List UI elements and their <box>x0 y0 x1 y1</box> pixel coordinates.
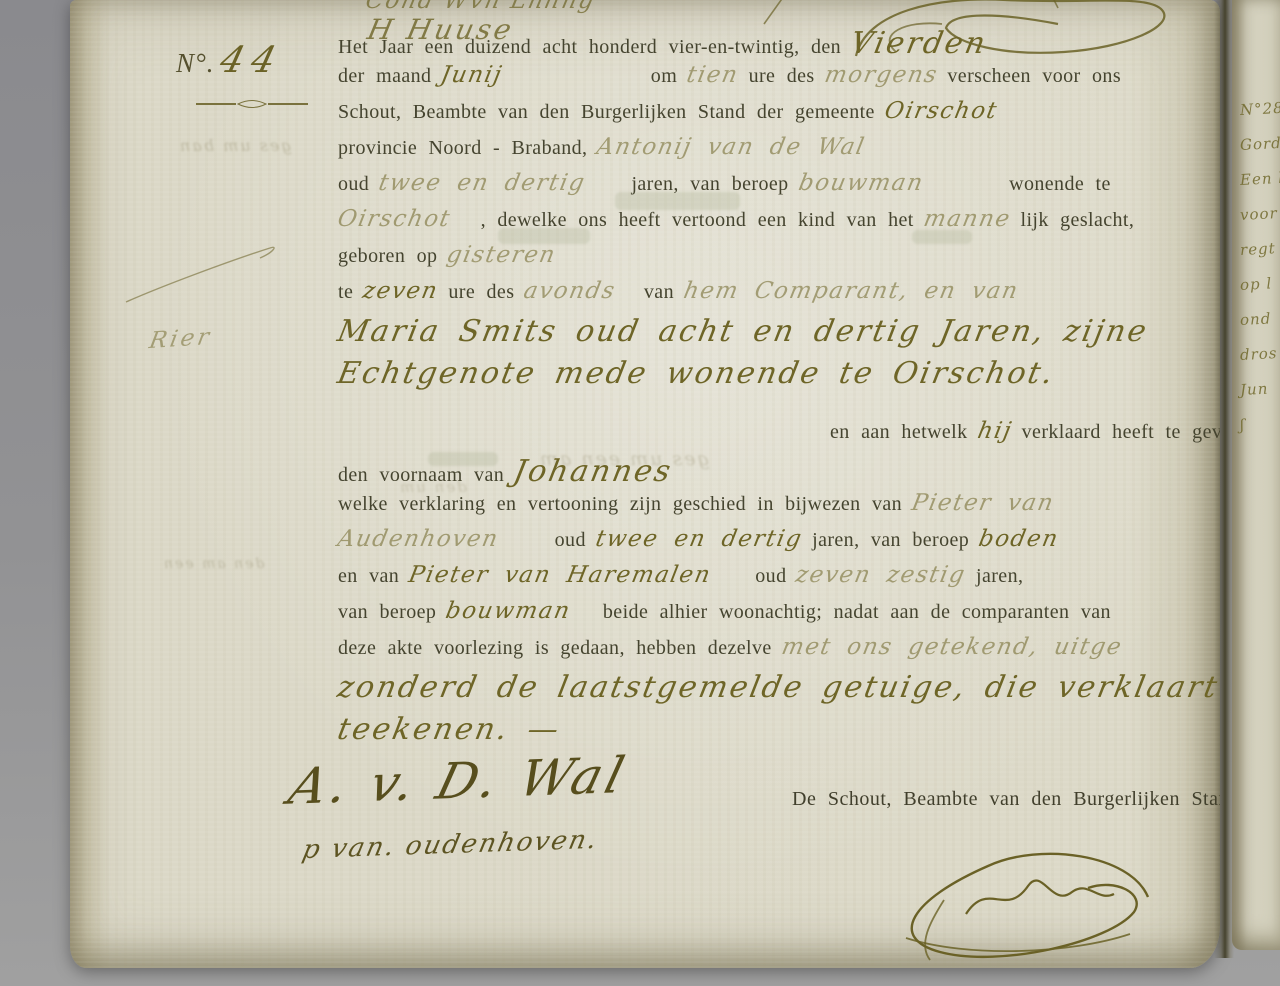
printed-text: , dewelke ons heeft vertoond een kind va… <box>481 209 914 232</box>
handwritten-text: Junij <box>439 62 505 88</box>
printed-text: van <box>644 281 674 304</box>
act-line: Echtgenote mede wonende te Oirschot. <box>338 356 1220 398</box>
act-line: zonderd de laatstgemelde getuige, die ve… <box>338 670 1220 712</box>
printed-text: oud <box>555 529 586 552</box>
act-line: Audenhovenoudtwee en dertigjaren, van be… <box>338 526 1220 562</box>
printed-text: jaren, van beroep <box>812 529 969 552</box>
gap <box>461 225 471 226</box>
official-signature-flourish <box>848 842 1168 968</box>
next-page-fragment: Gord' <box>1240 134 1280 154</box>
margin-pen-stroke <box>122 238 282 308</box>
act-lines: Het Jaar een duizend acht honderd vier-e… <box>338 26 1220 754</box>
handwritten-text: manne <box>921 206 1013 232</box>
act-line: tezevenure desavondsvanhem Comparant, en… <box>338 278 1220 314</box>
handwritten-text: avonds <box>522 278 619 304</box>
act-line: Schout, Beambte van den Burgerlijken Sta… <box>338 98 1220 134</box>
handwritten-text: teekenen. — <box>335 712 564 747</box>
printed-text: ure des <box>749 65 815 88</box>
handwritten-text: Oirschot <box>335 206 453 232</box>
gap <box>595 189 621 190</box>
handwritten-text: Oirschot <box>882 98 1000 124</box>
act-line: teekenen. — <box>338 712 1220 754</box>
handwritten-text: Pieter van <box>910 490 1057 516</box>
act-line: welke verklaring en vertooning zijn gesc… <box>338 490 1220 526</box>
official-title: De Schout, Beambte van den Burgerlijken … <box>792 788 1220 811</box>
document-page: N°.44 Rier Cond Wvn Lnhng H Huuse ges um… <box>70 0 1220 968</box>
handwritten-text: zeven <box>361 278 441 304</box>
act-line: oudtwee en dertigjaren, van beroepbouwma… <box>338 170 1220 206</box>
act-line: Oirschot, dewelke ons heeft vertoond een… <box>338 206 1220 242</box>
handwritten-text: bouwman <box>444 598 574 624</box>
handwritten-text: zonderd de laatstgemelde getuige, die ve… <box>335 670 1220 705</box>
printed-text: den voornaam van <box>338 464 504 487</box>
declarant-signature: A. v. D. Wal <box>283 746 634 816</box>
printed-text: Schout, Beambte van den Burgerlijken Sta… <box>338 101 875 124</box>
act-line: van beroepbouwmanbeide alhier woonachtig… <box>338 598 1220 634</box>
next-page-fragments: N°28.Gord'Een lvoorregtop londdrosJunʃ <box>1232 0 1280 433</box>
printed-text: welke verklaring en vertooning zijn gesc… <box>338 493 902 516</box>
next-page-edge: N°28.Gord'Een lvoorregtop londdrosJunʃ <box>1232 0 1280 950</box>
handwritten-text: twee en dertig <box>593 526 804 552</box>
printed-text: deze akte voorlezing is gedaan, hebben d… <box>338 637 772 660</box>
act-number-label: N°. <box>176 48 215 78</box>
act-number-value: 44 <box>215 40 287 81</box>
act-line: en vanPieter van Haremalenoudzeven zesti… <box>338 562 1220 598</box>
printed-text: oud <box>338 173 369 196</box>
act-line: Het Jaar een duizend acht honderd vier-e… <box>338 26 1220 62</box>
handwritten-text: gisteren <box>445 242 559 268</box>
handwritten-text: Johannes <box>511 454 676 489</box>
handwritten-text: met ons getekend, uitge <box>779 634 1124 660</box>
act-line: provincie Noord - Braband,Antonij van de… <box>338 134 1220 170</box>
handwritten-text: hem Comparant, en van <box>681 278 1021 304</box>
printed-text: en aan hetwelk <box>830 421 968 444</box>
margin-note: Rier <box>147 324 214 354</box>
next-page-fragment: regt <box>1240 239 1280 259</box>
handwritten-text: Vierden <box>848 26 991 61</box>
act-number-ornament <box>194 96 310 112</box>
act-line: den voornaam vanJohannes <box>338 454 1220 490</box>
ink-bleed-text: den am een <box>162 556 264 572</box>
gap <box>513 81 641 82</box>
handwritten-text: Maria Smits oud acht en dertig Jaren, zi… <box>335 314 1152 349</box>
printed-text: lijk geslacht, <box>1020 209 1134 232</box>
printed-text: ure des <box>448 281 514 304</box>
printed-text: verklaard heeft te geven <box>1022 421 1220 444</box>
next-page-fragment: ʃ <box>1240 414 1280 434</box>
binding-gutter-shadow <box>1214 0 1234 958</box>
handwritten-text: Echtgenote mede wonende te Oirschot. <box>335 356 1058 391</box>
handwritten-text: Pieter van Haremalen <box>407 562 714 588</box>
printed-text: verscheen voor ons <box>947 65 1121 88</box>
printed-text: te <box>338 281 353 304</box>
next-page-fragment: Jun <box>1240 379 1280 399</box>
handwritten-text: bouwman <box>796 170 926 196</box>
handwritten-text: tien <box>685 62 741 88</box>
gap <box>933 189 999 190</box>
printed-text: der maand <box>338 65 431 88</box>
next-page-fragment: voor <box>1240 204 1280 224</box>
handwritten-text: morgens <box>822 62 940 88</box>
printed-text: wonende te <box>1009 173 1111 196</box>
act-line: Maria Smits oud acht en dertig Jaren, zi… <box>338 314 1220 356</box>
handwritten-text: zeven zestig <box>794 562 969 588</box>
printed-text: en van <box>338 565 399 588</box>
next-page-fragment: ond <box>1240 309 1280 329</box>
printed-text: oud <box>755 565 786 588</box>
act-line: deze akte voorlezing is gedaan, hebben d… <box>338 634 1220 670</box>
witness-signature: p van. oudenhoven. <box>300 825 602 865</box>
printed-text: van beroep <box>338 601 436 624</box>
next-page-fragment: N°28. <box>1240 99 1280 119</box>
handwritten-text: Audenhoven <box>335 526 501 552</box>
gap <box>509 545 545 546</box>
handwritten-text: hij <box>975 418 1014 444</box>
header-scribble: Cond Wvn Lnhng <box>363 0 598 14</box>
handwritten-text: boden <box>977 526 1062 552</box>
gap <box>721 581 745 582</box>
printed-text: jaren, van beroep <box>631 173 788 196</box>
ink-bleed-text: ges um ban <box>178 136 292 155</box>
act-number: N°.44 <box>176 40 282 81</box>
act-line: en aan hetwelkhijverklaard heeft te geve… <box>338 418 1220 454</box>
gap <box>626 297 634 298</box>
next-page-fragment: dros <box>1240 344 1280 364</box>
act-line: der maandJunijomtienure desmorgensversch… <box>338 62 1220 98</box>
printed-text: provincie Noord - Braband, <box>338 137 587 160</box>
printed-text: beide alhier woonachtig; nadat aan de co… <box>603 601 1111 624</box>
act-line: geboren opgisteren <box>338 242 1220 278</box>
printed-text: om <box>651 65 677 88</box>
gap <box>581 617 593 618</box>
next-page-fragment: Een l <box>1240 169 1280 189</box>
handwritten-text: twee en dertig <box>377 170 588 196</box>
printed-text: Het Jaar een duizend acht honderd vier-e… <box>338 36 841 59</box>
printed-text: jaren, <box>976 565 1023 588</box>
next-page-fragment: op l <box>1240 274 1280 294</box>
printed-text: geboren op <box>338 245 437 268</box>
handwritten-text: Antonij van de Wal <box>595 134 868 160</box>
